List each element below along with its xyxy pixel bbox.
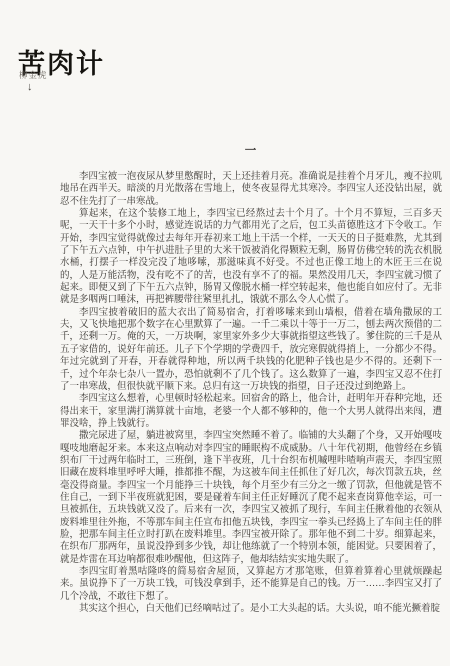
chapter-number-marker: 一 [60,142,442,158]
paragraph: 李四宝被一泡夜尿从梦里憋醒时，天上还挂着月亮。准确说是挂着个月牙儿，瘦不拉叽地吊… [60,171,442,208]
paragraph-list: 李四宝被一泡夜尿从梦里憋醒时，天上还挂着月亮。准确说是挂着个月牙儿，瘦不拉叽地吊… [60,171,442,615]
paragraph: 撒完尿进了屋，躺进被窝里，李四宝突然睡不着了。临铺的大头翻了个身，又开始嘎吱嘎吱… [60,430,442,566]
paragraph: 其实这个担心，白天他们已经嘀咕过了。是小工大头起的话。大头说，咱不能光撅着腚 [60,603,442,615]
author-name: 柳金虎 [19,69,48,81]
book-page: 苦肉计 柳金虎 ↓ 一 李四宝被一泡夜尿从梦里憋醒时，天上还挂着月亮。准确说是挂… [0,0,450,666]
paragraph: 李四宝这么想着，心里顿时轻松起来。回宿舍的路上，他合计，赶明年开春种完地，还得出… [60,393,442,430]
paragraph: 算起来，在这个装修工地上，李四宝已经熬过去十个月了。十个月不算短，三百多天呢，一… [60,208,442,307]
paragraph: 李四宝披着破旧的蓝大衣出了简易宿舍，打着哆嗦来到山墙根，借着在墙角撒尿的工夫，又… [60,307,442,393]
down-arrow-icon: ↓ [27,81,33,93]
body-text-column: 一 李四宝被一泡夜尿从梦里憋醒时，天上还挂着月亮。准确说是挂着个月牙儿，瘦不拉叽… [60,142,442,615]
paragraph: 李四宝盯着黑咕隆咚的简易宿舍屋顶，又算起方才那笔账，但算着算着心里就烦躁起来。虽… [60,566,442,603]
